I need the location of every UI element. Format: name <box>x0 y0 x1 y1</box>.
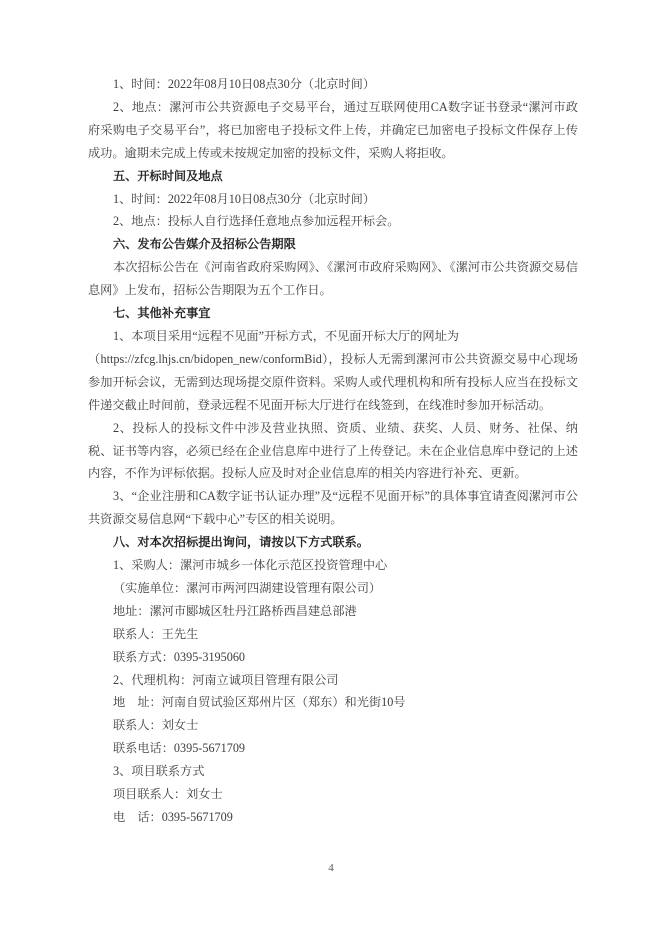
agency-address-line: 地 址：河南自贸试验区郑州片区（郑东）和光街10号 <box>88 691 578 714</box>
document-content: 1、时间：2022年08月10日08点30分（北京时间） 2、地点：漯河市公共资… <box>88 73 578 829</box>
submission-location-paragraph: 2、地点：漯河市公共资源电子交易平台，通过互联网使用CA数字证书登录“漯河市政府… <box>88 96 578 165</box>
purchaser-phone-line: 联系方式：0395-3195060 <box>88 646 578 669</box>
section7-heading: 七、其他补充事宜 <box>88 302 578 325</box>
submission-time-line: 1、时间：2022年08月10日08点30分（北京时间） <box>88 73 578 96</box>
section7-item3-paragraph: 3、“企业注册和CA数字证书认证办理”及“远程不见面开标”的具体事宜请查阅漯河市… <box>88 485 578 531</box>
section7-item2-paragraph: 2、投标人的投标文件中涉及营业执照、资质、业绩、获奖、人员、财务、社保、纳税、证… <box>88 417 578 486</box>
page-number: 4 <box>0 862 662 874</box>
project-contact-line: 项目联系人：刘女士 <box>88 783 578 806</box>
document-page: 1、时间：2022年08月10日08点30分（北京时间） 2、地点：漯河市公共资… <box>0 0 662 936</box>
section6-body-paragraph: 本次招标公告在《河南省政府采购网》、《漯河市政府采购网》、《漯河市公共资源交易信… <box>88 256 578 302</box>
purchaser-address-line: 地址：漯河市郾城区牡丹江路桥西昌建总部港 <box>88 600 578 623</box>
purchaser-title-line: 1、采购人：漯河市城乡一体化示范区投资管理中心 <box>88 554 578 577</box>
section5-heading: 五、开标时间及地点 <box>88 165 578 188</box>
purchaser-implementer-line: （实施单位：漯河市两河四湖建设管理有限公司） <box>88 577 578 600</box>
section7-item1-intro-line: 1、本项目采用“远程不见面”开标方式，不见面开标大厅的网址为 <box>88 325 578 348</box>
project-contact-title-line: 3、项目联系方式 <box>88 760 578 783</box>
agency-title-line: 2、代理机构：河南立诚项目管理有限公司 <box>88 669 578 692</box>
section7-item1-url-paragraph: （https://zfcg.lhjs.cn/bidopen_new/confor… <box>88 348 578 417</box>
section5-location-line: 2、地点：投标人自行选择任意地点参加远程开标会。 <box>88 210 578 233</box>
section6-heading: 六、发布公告媒介及招标公告期限 <box>88 233 578 256</box>
purchaser-contact-line: 联系人：王先生 <box>88 623 578 646</box>
project-phone-line: 电 话：0395-5671709 <box>88 806 578 829</box>
section8-heading: 八、对本次招标提出询问，请按以下方式联系。 <box>88 531 578 554</box>
section5-time-line: 1、时间：2022年08月10日08点30分（北京时间） <box>88 188 578 211</box>
agency-contact-line: 联系人：刘女士 <box>88 714 578 737</box>
agency-phone-line: 联系电话：0395-5671709 <box>88 737 578 760</box>
